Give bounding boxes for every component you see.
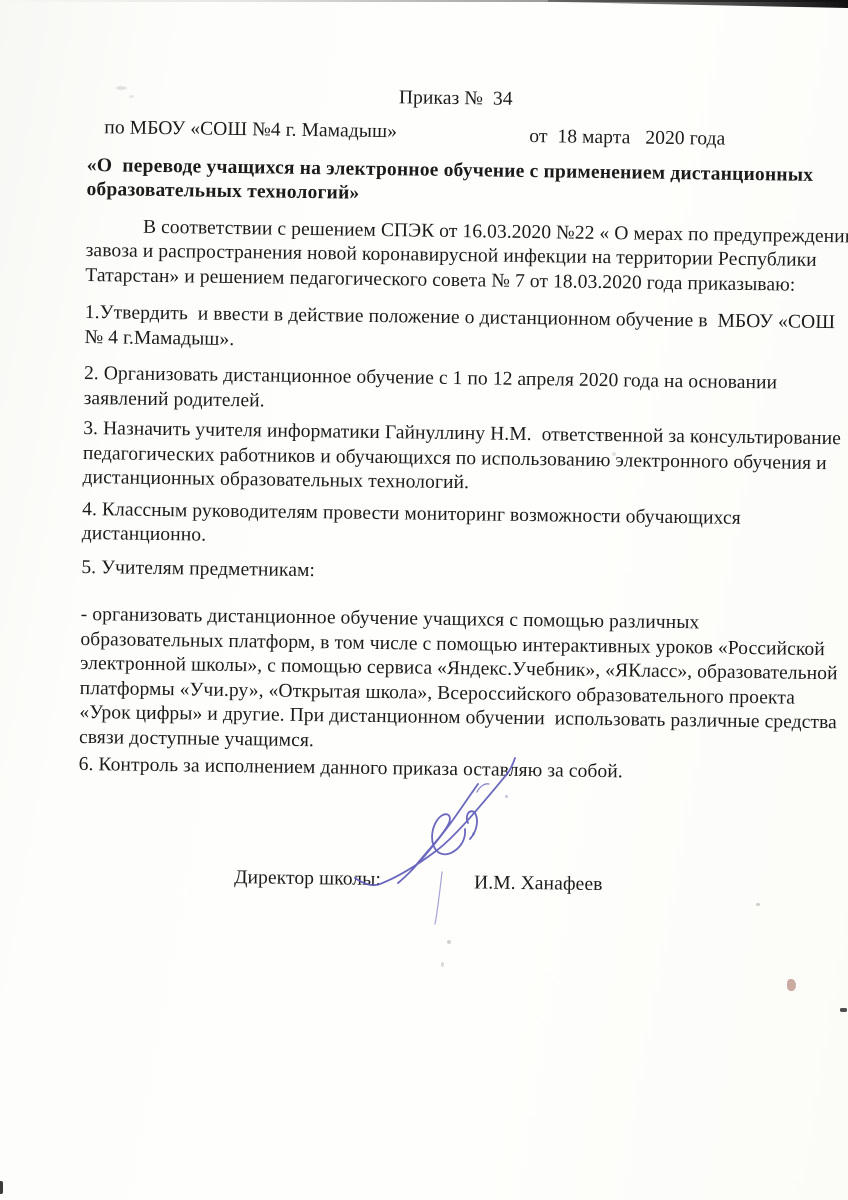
date-line: от 18 марта 2020 года: [529, 125, 725, 152]
body-paragraphs: «О переводе учащихся на электронное обуч…: [79, 153, 799, 787]
scan-edge-bottom-mark: [0, 1181, 3, 1194]
item-3: 3. Назначить учителя информатики Гайнулл…: [82, 417, 795, 500]
scanned-document-page: Приказ № 34 по МБОУ «СОШ №4 г. Мамадыш» …: [0, 0, 848, 1200]
preamble: В соответствии с решением СПЭК от 16.03.…: [85, 214, 798, 297]
scan-speck-red: [787, 979, 796, 991]
item-4: 4. Классным руководителям провести монит…: [82, 497, 795, 556]
signature-ink: [350, 750, 570, 940]
organization-line: по МБОУ «СОШ №4 г. Мамадыш»: [104, 116, 397, 144]
signature-strokes: [355, 758, 515, 924]
item-2: 2. Организовать дистанционное обучение с…: [84, 362, 797, 421]
scan-speck-dark: [840, 1008, 847, 1012]
ink-dot: [505, 795, 508, 798]
subject-heading: «О переводе учащихся на электронное обуч…: [86, 153, 799, 212]
item-5-line: 5. Учителям предметникам:: [81, 555, 793, 589]
item-5-details: - организовать дистанционное обучение уч…: [79, 603, 793, 760]
ink-dot: [472, 832, 475, 836]
item-1: 1.Утвердить и ввести в действие положени…: [84, 301, 797, 360]
item-5: 5. Учителям предметникам:: [81, 555, 793, 589]
scan-speck: [441, 962, 444, 967]
document-title: Приказ № 34: [88, 82, 800, 116]
scan-speck: [447, 940, 451, 944]
scan-edge-top-wedge: [548, 0, 848, 8]
meta-row: по МБОУ «СОШ №4 г. Мамадыш» от 18 марта …: [87, 115, 799, 150]
